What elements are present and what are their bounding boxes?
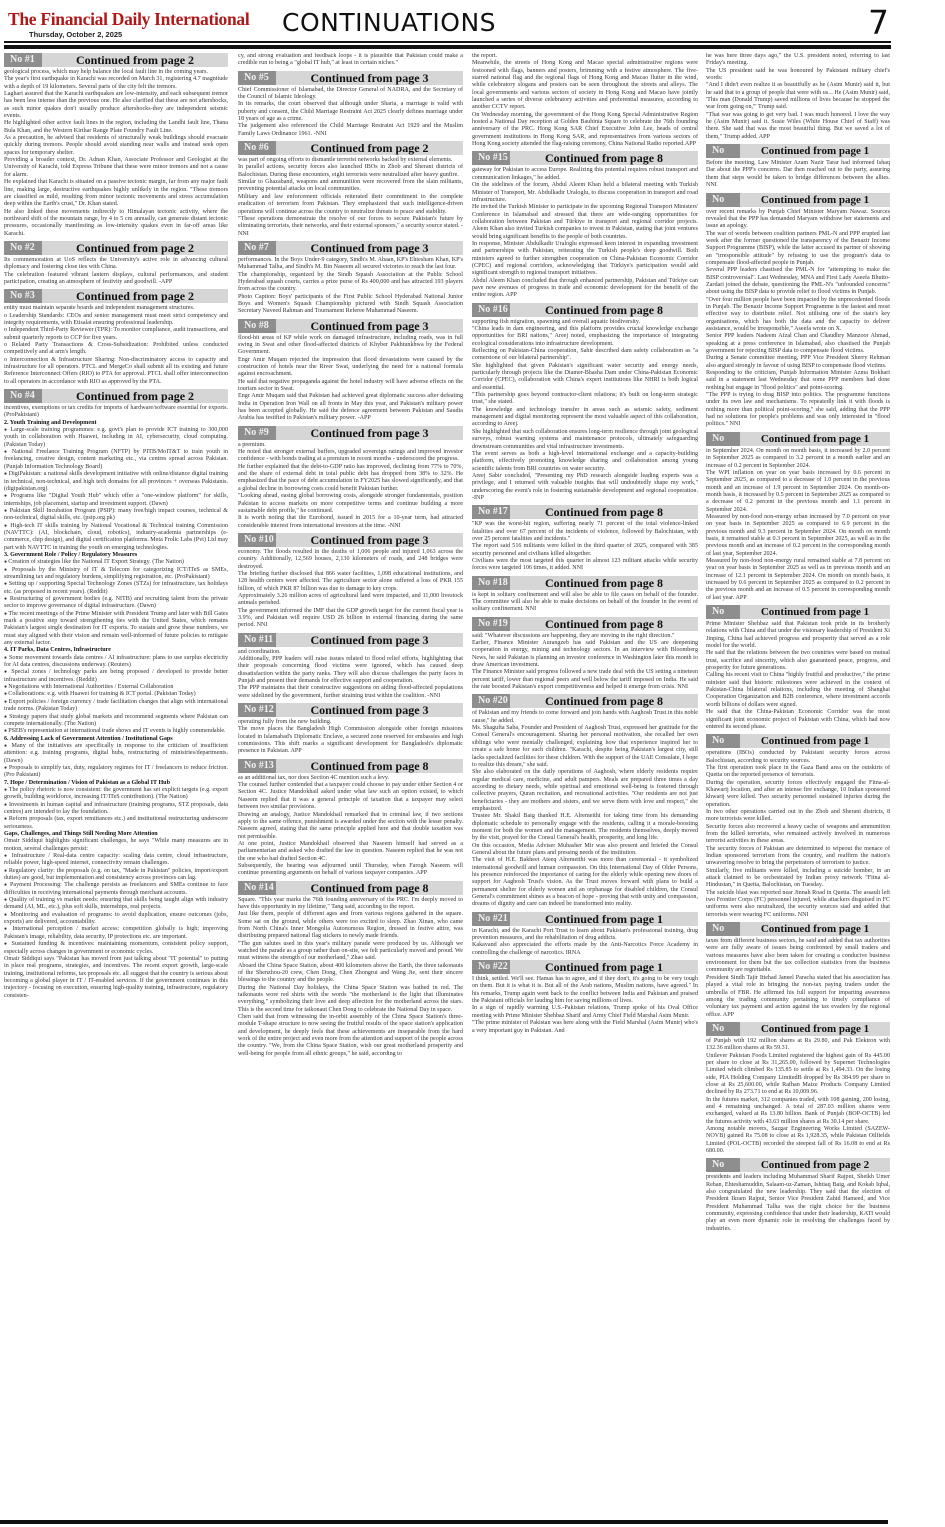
paragraph: Security forces also recovered a heavy c… <box>706 824 890 846</box>
continued-from-label: Continued from page 8 <box>510 617 698 631</box>
article-body: performances. In the Boys Under-9 catego… <box>238 257 463 316</box>
bullet-paragraph: Export policies / foreign currency / tra… <box>4 699 228 714</box>
paragraph: Before the meeting, Law Minister Azam Na… <box>706 160 890 189</box>
continued-from-label: Continued from page 8 <box>276 759 463 773</box>
article-header-bar: No #13Continued from page 8 <box>238 759 463 773</box>
continued-from-label: Continued from page 3 <box>276 71 463 85</box>
article-header-bar: No #2Continued from page 2 <box>4 241 228 255</box>
continued-from-label: Continued from page 1 <box>740 144 890 158</box>
paragraph: She also elaborated on the daily operati… <box>472 769 698 813</box>
article-body: of Pakistan and my friends to come forwa… <box>472 710 698 908</box>
bullet-paragraph: Infrastructure / Real-data centre capaci… <box>4 853 228 868</box>
article-header-bar: No #10Continued from page 3 <box>238 533 463 547</box>
subheading: 7. Hope / Determination / Vision of Paki… <box>4 780 228 787</box>
paragraph: On the sidelines of the forum, Abdul Ale… <box>472 182 698 204</box>
article-header-bar: No #17Continued from page 8 <box>472 505 698 519</box>
continued-from-label: Continued from page 1 <box>510 960 698 974</box>
paragraph: "That war was going to get very bad. I w… <box>706 112 890 141</box>
article-body: entity must maintain separate boards and… <box>4 305 228 386</box>
paragraph: In its remarks, the court observed that … <box>238 101 463 123</box>
paragraph: Civilians were the most targeted this qu… <box>472 558 698 573</box>
article-header-bar: No #28Continued from page 1 <box>706 922 890 936</box>
bullet-paragraph: Collaborations: e.g. with Huawei for tra… <box>4 691 228 698</box>
article-body: Before the meeting, Law Minister Azam Na… <box>706 160 890 189</box>
article-header-bar: No #22Continued from page 1 <box>472 960 698 974</box>
footer-rule <box>0 1520 888 1524</box>
article-header-bar: No #7Continued from page 3 <box>238 241 463 255</box>
paragraph: He also linked these movements indirectl… <box>4 209 228 238</box>
paragraph: "And I didn't even realize it as beautif… <box>706 82 890 111</box>
article-number-badge: No #7 <box>238 241 276 255</box>
paragraph: In a sign of rapidly warming U.S.-Pakist… <box>472 1005 698 1020</box>
paragraph: She highlighted that given Pakistan's si… <box>472 363 698 392</box>
continuation-article: No #20Continued from page 8of Pakistan a… <box>472 694 698 908</box>
paragraph: In response, Minister Abdulkadir Uralogl… <box>472 241 698 278</box>
article-header-bar: No #25Continued from page 1 <box>706 432 890 446</box>
continued-from-label: Continued from page 2 <box>42 241 228 255</box>
article-body: flood-hit areas of KP while work on dama… <box>238 335 463 423</box>
article-number-badge: No #9 <box>238 426 276 440</box>
continued-from-label: Continued from page 1 <box>740 1022 890 1036</box>
paragraph: is kept in solitary confinement and will… <box>472 592 698 614</box>
article-body: geological process, which may help balan… <box>4 69 228 238</box>
page-number: 7 <box>868 3 889 42</box>
continuation-article: No #13Continued from page 8as an additio… <box>238 759 463 878</box>
bullet-paragraph: DigiPakistan: a national skills developm… <box>4 471 228 493</box>
paragraph: taxes from different business sectors, h… <box>706 938 890 975</box>
continuation-article: No #11Continued from page 3and coordinat… <box>238 633 463 700</box>
article-number-badge: No #24 <box>706 193 740 207</box>
article-body: and coordination.Additionally, PPP leade… <box>238 649 463 700</box>
article-body: economy. The floods resulted in the deat… <box>238 549 463 630</box>
article-body: incentives, exemptions or tax credits fo… <box>4 405 228 1000</box>
article-body: of Punjab with 192 million shares at Rs … <box>706 1038 890 1156</box>
paragraph: economy. The floods resulted in the deat… <box>238 549 463 571</box>
article-number-badge: No #28 <box>706 922 740 936</box>
continuation-article: No #10Continued from page 3economy. The … <box>238 533 463 630</box>
paragraph: The war of words between coalition partn… <box>706 231 890 268</box>
paragraph: performances. In the Boys Under-9 catego… <box>238 257 463 272</box>
paragraph: The counsel further contended that a tax… <box>238 782 463 811</box>
article-body: a premium.He noted that stronger externa… <box>238 442 463 530</box>
paragraph: "KP was the worst-hit region, suffering … <box>472 521 698 543</box>
continued-from-label: Continued from page 1 <box>510 912 698 926</box>
paragraph: "These operations demonstrate the resolv… <box>238 216 463 238</box>
article-header-bar: No #27Continued from page 1 <box>706 734 890 748</box>
article-number-badge: No #2 <box>4 241 42 255</box>
continued-from-label: Continued from page 8 <box>510 151 698 165</box>
continuation-article: No #27Continued from page 1operations (I… <box>706 734 890 919</box>
continued-from-label: Continued from page 2 <box>42 289 228 303</box>
article-body: taxes from different business sectors, h… <box>706 938 890 1019</box>
article-header-bar: No #9Continued from page 3 <box>238 426 463 440</box>
bullet-paragraph: Setting up / supporting Special Technolo… <box>4 581 228 596</box>
continuation-article: No #6Continued from page 2was part of on… <box>238 141 463 238</box>
paragraph: and coordination. <box>238 649 463 656</box>
continuation-article: No #3Continued from page 2entity must ma… <box>4 289 228 386</box>
paragraph: The judgement also referenced the Child … <box>238 123 463 138</box>
paragraph: The US president said he was honoured by… <box>706 68 890 83</box>
bullet-paragraph: Reform proposals (tax, export remittance… <box>4 816 228 831</box>
paragraph: operations (IBOs) conducted by Pakistani… <box>706 750 890 765</box>
paragraph: The knowledge and technology transfer in… <box>472 407 698 429</box>
paragraph: Laghari assured that the Karachi earthqu… <box>4 91 228 120</box>
paragraph: The first operation took place in the Ga… <box>706 765 890 780</box>
paragraph: of Pakistan and my friends to come forwa… <box>472 710 698 725</box>
paragraph: in September 2024. On month on month bas… <box>706 448 890 470</box>
paragraph: Omair Siddiqui highlights significant ch… <box>4 838 228 853</box>
paragraph: The WPI inflation on year on year basis … <box>706 470 890 514</box>
paragraph: said: "Whatever discussions are happenin… <box>472 633 698 640</box>
article-body: presidents and leaders including Muhamma… <box>706 1174 890 1233</box>
bullet-paragraph: Some movement towards data centres / AI … <box>4 655 228 670</box>
article-number-badge: No #11 <box>238 633 276 647</box>
article-number-badge: No #3 <box>4 289 42 303</box>
article-header-bar: No #24Continued from page 1 <box>706 193 890 207</box>
continuation-article: No #29Continued from page 1of Punjab wit… <box>706 1022 890 1156</box>
paragraph: On this occasion, Media Adviser Mubasher… <box>472 843 698 858</box>
continued-from-label: Continued from page 8 <box>510 505 698 519</box>
paragraph: The year's first earthquake in Karachi w… <box>4 76 228 91</box>
paragraph: At one point, Justice Mandokhail observe… <box>238 841 463 863</box>
continuation-article: No #5Continued from page 3Chief Commissi… <box>238 71 463 138</box>
article-header-bar: No #26Continued from page 1 <box>706 605 890 619</box>
paragraph: flood-hit areas of KP while work on dama… <box>238 335 463 357</box>
paragraph: He said that the relations between the t… <box>706 650 890 672</box>
paragraph: The championship, organized by the Sindh… <box>238 272 463 294</box>
bullet-paragraph: Payment Processing: The challenge persis… <box>4 882 228 897</box>
paragraph: The celebration featured vibrant lantern… <box>4 272 228 287</box>
paragraph: He explained that Karachi is situated on… <box>4 179 228 208</box>
continuation-article: No #28Continued from page 1taxes from di… <box>706 922 890 1019</box>
article-header-bar: No #11Continued from page 3 <box>238 633 463 647</box>
continuation-article: No #2Continued from page 2Its commemorat… <box>4 241 228 286</box>
article-number-badge: No #19 <box>472 617 510 631</box>
paragraph: Photo Caption: Boys' participants of the… <box>238 294 463 316</box>
paragraph: On Wednesday morning, the government of … <box>472 112 698 149</box>
article-number-badge: No #27 <box>706 734 740 748</box>
paragraph: I think, settled. We'll see. Hamas has t… <box>472 976 698 1005</box>
paragraph: of Punjab with 192 million shares at Rs … <box>706 1038 890 1053</box>
paragraph: o Independent Third-Party Reviewer (TPR)… <box>4 327 228 342</box>
continued-from-label: Continued from page 1 <box>740 922 890 936</box>
paragraph: "The prime minister of Pakistan was here… <box>472 1020 698 1035</box>
paragraph: Unilever Pakistan Foods Limited register… <box>706 1053 890 1097</box>
bullet-paragraph: Proposals by the Ministry of IT & Teleco… <box>4 567 228 582</box>
paragraph: He said that the China-Pakistan Economic… <box>706 709 890 731</box>
article-body: Prime Minister Shehbaz said that Pakista… <box>706 621 890 731</box>
bullet-paragraph: PSEB's representation at international t… <box>4 728 228 735</box>
newspaper-name: The Financial Daily International <box>8 9 249 30</box>
article-body: was part of ongoing efforts to dismantle… <box>238 157 463 238</box>
paragraph: Just like them, people of different ages… <box>238 911 463 940</box>
paragraph: Senior PPP leaders Nadeem Afzal Chan and… <box>706 333 890 355</box>
subheading: 4. IT Parks, Data Centres, Infrastructur… <box>4 647 228 654</box>
article-number-badge: No #17 <box>472 505 510 519</box>
paragraph: "Looking ahead, easing global borrowing … <box>238 493 463 515</box>
article-body: gateway for Pakistan to access Europe. R… <box>472 167 698 299</box>
paragraph: The report said 516 militants were kille… <box>472 543 698 558</box>
paragraph: Responding to the criticism, Punjab Info… <box>706 370 890 392</box>
continuation-article: No #1Continued from page 2geological pro… <box>4 53 228 238</box>
paragraph: He further explained that the debt-to-GD… <box>238 464 463 493</box>
paragraph: The briefing further disclosed that 866 … <box>238 571 463 593</box>
paragraph: a premium. <box>238 442 463 449</box>
continued-from-label: Continued from page 3 <box>276 533 463 547</box>
article-header-bar: No #16Continued from page 8 <box>472 303 698 317</box>
continued-from-label: Continued from page 2 <box>740 1158 890 1172</box>
article-body: Chief Commissioner of Islamabad, the Dir… <box>238 87 463 138</box>
bullet-paragraph: Restructuring of government bodies (e.g.… <box>4 596 228 611</box>
paragraph: The Finance Minister said progress follo… <box>472 669 698 691</box>
paragraph: He invited the Turkish Minister to parti… <box>472 204 698 241</box>
paragraph: In the futures market, 312 companies tra… <box>706 1097 890 1126</box>
column-1: No #1Continued from page 2geological pro… <box>4 53 228 1518</box>
article-number-badge: No #26 <box>706 605 740 619</box>
masthead: The Financial Daily International Thursd… <box>0 0 945 48</box>
bullet-paragraph: Monitoring and evaluation of programs: t… <box>4 912 228 927</box>
continuation-article: No #26Continued from page 1Prime Ministe… <box>706 605 890 731</box>
article-header-bar: No #21Continued from page 1 <box>472 912 698 926</box>
paragraph: Measured by non-food non-energy urban in… <box>706 514 890 558</box>
continued-from-label: Continued from page 8 <box>276 881 463 895</box>
paragraph: "The PPP is trying to drag BISP into pol… <box>706 392 890 429</box>
paragraph: The event serves as both a high-level in… <box>472 451 698 473</box>
article-body: he was here three days ago," the U.S. pr… <box>706 53 890 141</box>
article-header-bar: No #1Continued from page 2 <box>4 53 228 67</box>
article-body: operating fully from the new building.Th… <box>238 719 463 756</box>
article-number-badge: No #15 <box>472 151 510 165</box>
paragraph: Square. "This year marks the 76th foundi… <box>238 897 463 912</box>
continuation-article: No #4Continued from page 2incentives, ex… <box>4 389 228 1000</box>
paragraph: Engr Amir Muqam rejected the impression … <box>238 357 463 379</box>
article-header-bar: No #19Continued from page 8 <box>472 617 698 631</box>
article-body: the report.Meanwhile, the streets of Hon… <box>472 53 698 148</box>
article-header-bar: No #20Continued from page 8 <box>472 694 698 708</box>
continuation-article: No #21Continued from page 1in Karachi, a… <box>472 912 698 957</box>
paragraph: Military and law enforcement officials r… <box>238 194 463 216</box>
bullet-paragraph: Creation of strategies like the National… <box>4 559 228 566</box>
paragraph: presidents and leaders including Muhamma… <box>706 1174 890 1233</box>
paragraph: Engr Amir Muqam said that Pakistan had a… <box>238 393 463 422</box>
continuation-article: No #12Continued from page 3operating ful… <box>238 703 463 756</box>
article-body: cy, and strong evaluation and feedback l… <box>238 53 463 68</box>
article-number-badge: No #13 <box>238 759 276 773</box>
column-4: he was here three days ago," the U.S. pr… <box>706 53 890 1518</box>
bullet-paragraph: The policy rhetoric is now consistent: t… <box>4 787 228 802</box>
paragraph: Approximately 3.26 million acres of agri… <box>238 593 463 608</box>
paragraph: The suicide blast was reported near Jinn… <box>706 890 890 919</box>
paragraph: The security forces of Pakistan are dete… <box>706 846 890 868</box>
paragraph: Prime Minister Shehbaz said that Pakista… <box>706 621 890 650</box>
paragraph: Omair Siddiqui says "Pakistan has moved … <box>4 956 228 1000</box>
continuation-article: No #30Continued from page 2presidents an… <box>706 1158 890 1233</box>
paragraph: The government informed the IMF that the… <box>238 608 463 630</box>
article-number-badge: No #14 <box>238 881 276 895</box>
continuation-article: No #18Continued from page 8is kept in so… <box>472 576 698 614</box>
paragraph: he was here three days ago," the U.S. pr… <box>706 53 890 68</box>
bullet-paragraph: Special zones / technology parks are bei… <box>4 669 228 684</box>
paragraph: He noted that stronger external buffers,… <box>238 449 463 464</box>
continued-from-label: Continued from page 3 <box>276 319 463 333</box>
paragraph: Chief Commissioner of Islamabad, the Dir… <box>238 87 463 102</box>
paragraph: Additionally, PPP leaders will raise iss… <box>238 656 463 685</box>
article-number-badge: No #6 <box>238 141 276 155</box>
column-3: the report.Meanwhile, the streets of Hon… <box>472 53 698 1518</box>
continued-from-label: Continued from page 1 <box>740 432 890 446</box>
article-header-bar: No #15Continued from page 8 <box>472 151 698 165</box>
article-header-bar: No #4Continued from page 2 <box>4 389 228 403</box>
paragraph: It is worth noting that the Eurobond, is… <box>238 515 463 530</box>
article-body: as an additional tax, nor does Section 4… <box>238 775 463 878</box>
article-body: operations (IBOs) conducted by Pakistani… <box>706 750 890 919</box>
paragraph: Ms. Shagufta Saba, Founder and President… <box>472 725 698 769</box>
continuation-article: cy, and strong evaluation and feedback l… <box>238 53 463 68</box>
paragraph: Aboard the China Space Station, about 40… <box>238 963 463 985</box>
paragraph: Its commemoration at UoS reflects the Un… <box>4 257 228 272</box>
paragraph: "China leads in dam engineering, and thi… <box>472 326 698 348</box>
article-number-badge: No #12 <box>238 703 276 717</box>
paragraph: During a Senate committee meeting, PPP V… <box>706 355 890 370</box>
paragraph: incentives, exemptions or tax credits fo… <box>4 405 228 420</box>
paragraph: Areej Sabir concluded, "Presenting my Ph… <box>472 473 698 502</box>
article-number-badge: No #1 <box>4 53 42 67</box>
article-header-bar: No #14Continued from page 8 <box>238 881 463 895</box>
paragraph: He said that negative propaganda against… <box>238 379 463 394</box>
article-number-badge: No #23 <box>706 144 740 158</box>
article-number-badge: No #21 <box>472 912 510 926</box>
paragraph: "The gun salutes used in this year's mil… <box>238 941 463 963</box>
paragraph: o Related Party Transactions & Cross-Sub… <box>4 342 228 357</box>
continued-from-label: Continued from page 1 <box>740 193 890 207</box>
paragraph: She highlighted that such collaboration … <box>472 429 698 451</box>
paragraph: He highlighted other active fault lines … <box>4 120 228 135</box>
article-body: over recent remarks by Punjab Chief Mini… <box>706 209 890 429</box>
continued-from-label: Continued from page 8 <box>510 303 698 317</box>
paragraph: Earlier, Finance Minister Aurangzeb has … <box>472 640 698 669</box>
article-body: is kept in solitary confinement and will… <box>472 592 698 614</box>
paragraph: "Over four million people have been impa… <box>706 297 890 334</box>
paragraph: Measured by non-food non-energy rural re… <box>706 558 890 602</box>
bullet-paragraph: Programs like "Digital Youth Hub" which … <box>4 493 228 508</box>
bullet-paragraph: Proposals to simplify tax, duty, regulat… <box>4 765 228 780</box>
article-number-badge: No #10 <box>238 533 276 547</box>
continued-from-label: Continued from page 3 <box>276 703 463 717</box>
paragraph: Subsequently, the hearing was adjourned … <box>238 863 463 878</box>
continuation-article: No #7Continued from page 3performances. … <box>238 241 463 316</box>
bullet-paragraph: Pakistan Skill Incubation Program (PSIP)… <box>4 508 228 523</box>
continuation-article: the report.Meanwhile, the streets of Hon… <box>472 53 698 148</box>
continued-from-label: Continued from page 3 <box>276 241 463 255</box>
article-header-bar: No #29Continued from page 1 <box>706 1022 890 1036</box>
paragraph: Similar to Ghazaband, weapons and ammuni… <box>238 179 463 194</box>
article-body: in Karachi, and the Karachi Port Trust t… <box>472 928 698 957</box>
header-rule-thin <box>4 41 891 43</box>
continued-from-label: Continued from page 8 <box>510 576 698 590</box>
bullet-paragraph: High-tech IT skills training by National… <box>4 523 228 552</box>
article-body: Square. "This year marks the 76th foundi… <box>238 897 463 1059</box>
continued-from-label: Continued from page 1 <box>740 605 890 619</box>
paragraph: The move places the Bangladesh High Comm… <box>238 726 463 755</box>
continued-from-label: Continued from page 8 <box>510 694 698 708</box>
article-body: supporting fish migration, spawning and … <box>472 319 698 503</box>
paragraph: As a precaution, he advised that residen… <box>4 135 228 157</box>
continued-from-label: Continued from page 2 <box>276 141 463 155</box>
continuation-article: No #19Continued from page 8said: "Whatev… <box>472 617 698 692</box>
continuation-article: No #17Continued from page 8"KP was the w… <box>472 505 698 572</box>
bullet-paragraph: Many of the initiatives are specifically… <box>4 743 228 765</box>
paragraph: Meanwhile, the streets of Hong Kong and … <box>472 60 698 111</box>
continued-from-label: Continued from page 2 <box>42 389 228 403</box>
bullet-paragraph: Sustained funding & incentives: maintain… <box>4 941 228 956</box>
continuation-article: No #16Continued from page 8supporting fi… <box>472 303 698 503</box>
article-number-badge: No #5 <box>238 71 276 85</box>
article-number-badge: No #29 <box>706 1022 740 1036</box>
article-header-bar: No #8Continued from page 3 <box>238 319 463 333</box>
section-title: CONTINUATIONS <box>282 8 522 37</box>
paragraph: In two other operations carried out in t… <box>706 809 890 824</box>
header-rule-thick <box>4 45 891 49</box>
paragraph: entity must maintain separate boards and… <box>4 305 228 312</box>
paragraph: The visit of H.E. Bakheet Ateeq Alremeit… <box>472 857 698 908</box>
continuation-article: No #8Continued from page 3flood-hit area… <box>238 319 463 423</box>
issue-date: Thursday, October 2, 2025 <box>29 30 122 39</box>
bullet-paragraph: Large-scale training programmes: e.g. go… <box>4 427 228 449</box>
bullet-paragraph: National Freelance Training Program (NFT… <box>4 449 228 471</box>
subheading: 2. Youth Training and Development <box>4 420 228 427</box>
article-body: "KP was the worst-hit region, suffering … <box>472 521 698 572</box>
continued-from-label: Continued from page 3 <box>276 633 463 647</box>
continuation-article: No #23Continued from page 1Before the me… <box>706 144 890 189</box>
paragraph: o Interconnection & Infrastructure Shari… <box>4 357 228 386</box>
column-2: cy, and strong evaluation and feedback l… <box>238 53 463 1518</box>
bullet-paragraph: Investments in human capital and infrast… <box>4 802 228 817</box>
continuation-article: he was here three days ago," the U.S. pr… <box>706 53 890 141</box>
article-header-bar: No #5Continued from page 3 <box>238 71 463 85</box>
continuation-article: No #22Continued from page 1I think, sett… <box>472 960 698 1035</box>
article-number-badge: No #20 <box>472 694 510 708</box>
continuation-article: No #24Continued from page 1over recent r… <box>706 193 890 429</box>
continuation-article: No #9Continued from page 3a premium.He n… <box>238 426 463 530</box>
article-header-bar: No #12Continued from page 3 <box>238 703 463 717</box>
paragraph: Similarly, five militants were killed, i… <box>706 868 890 890</box>
paragraph: Providing a broader context, Dr. Adnan K… <box>4 157 228 179</box>
paragraph: During the operation, security forces ef… <box>706 780 890 809</box>
article-header-bar: No #18Continued from page 8 <box>472 576 698 590</box>
paragraph: In parallel actions, security forces als… <box>238 164 463 179</box>
article-header-bar: No #30Continued from page 2 <box>706 1158 890 1172</box>
paragraph: Calling his recent visit to China "highl… <box>706 672 890 709</box>
bullet-paragraph: Quality of training vs market needs: ens… <box>4 897 228 912</box>
continuation-article: No #14Continued from page 8Square. "This… <box>238 881 463 1059</box>
article-body: I think, settled. We'll see. Hamas has t… <box>472 976 698 1035</box>
bullet-paragraph: Strategy papers that study global market… <box>4 714 228 729</box>
paragraph: Several PPP leaders chastised the PML-N … <box>706 267 890 296</box>
paragraph: Among notable movers, Sazgar Engineering… <box>706 1126 890 1155</box>
article-header-bar: No #3Continued from page 2 <box>4 289 228 303</box>
article-body: Its commemoration at UoS reflects the Un… <box>4 257 228 286</box>
paragraph: gateway for Pakistan to access Europe. R… <box>472 167 698 182</box>
continued-from-label: Continued from page 1 <box>740 734 890 748</box>
paragraph: o Leadership Standards: CEOs and senior … <box>4 313 228 328</box>
paragraph: Abdul Aleem Khan concluded that through … <box>472 278 698 300</box>
bullet-paragraph: Regulatory clarity: the proposals (e.g. … <box>4 868 228 883</box>
article-body: in September 2024. On month on month bas… <box>706 448 890 602</box>
article-number-badge: No #25 <box>706 432 740 446</box>
article-number-badge: No #30 <box>706 1158 740 1172</box>
paragraph: Reflecting on Pakistan-China cooperation… <box>472 348 698 363</box>
continued-from-label: Continued from page 3 <box>276 426 463 440</box>
